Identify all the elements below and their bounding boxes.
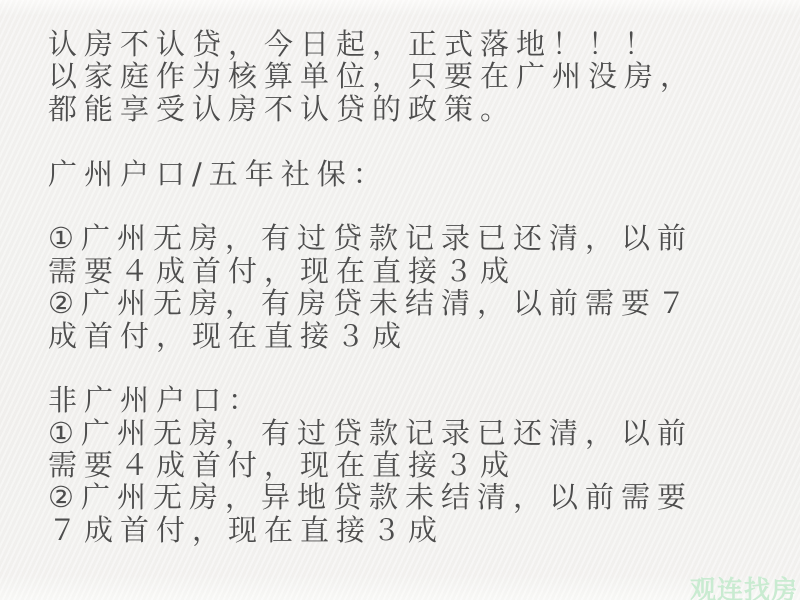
- text-line: [48, 190, 780, 222]
- text-line: [48, 125, 780, 157]
- document-page: 认房不认贷，今日起，正式落地！！！以家庭作为核算单位，只要在广州没房，都能享受认…: [0, 0, 800, 600]
- text-line: ①广州无房，有过贷款记录已还清，以前: [48, 222, 780, 254]
- watermark-text: 观连找房: [690, 570, 798, 600]
- text-line: ②广州无房，有房贷未结清，以前需要７: [48, 287, 780, 319]
- text-line: 成首付，现在直接３成: [48, 320, 780, 352]
- text-line: 认房不认贷，今日起，正式落地！！！: [48, 28, 780, 60]
- text-line: [48, 352, 780, 384]
- text-line: 广州户口/五年社保：: [48, 158, 780, 190]
- text-line: 需要４成首付，现在直接３成: [48, 255, 780, 287]
- text-line: ①广州无房，有过贷款记录已还清，以前: [48, 417, 780, 449]
- text-line: ７成首付，现在直接３成: [48, 514, 780, 546]
- text-line: 需要４成首付，现在直接３成: [48, 449, 780, 481]
- text-line: 都能享受认房不认贷的政策。: [48, 93, 780, 125]
- text-line: 以家庭作为核算单位，只要在广州没房，: [48, 60, 780, 92]
- text-line: 非广州户口：: [48, 384, 780, 416]
- text-line: ②广州无房，异地贷款未结清，以前需要: [48, 481, 780, 513]
- document-text: 认房不认贷，今日起，正式落地！！！以家庭作为核算单位，只要在广州没房，都能享受认…: [48, 28, 780, 546]
